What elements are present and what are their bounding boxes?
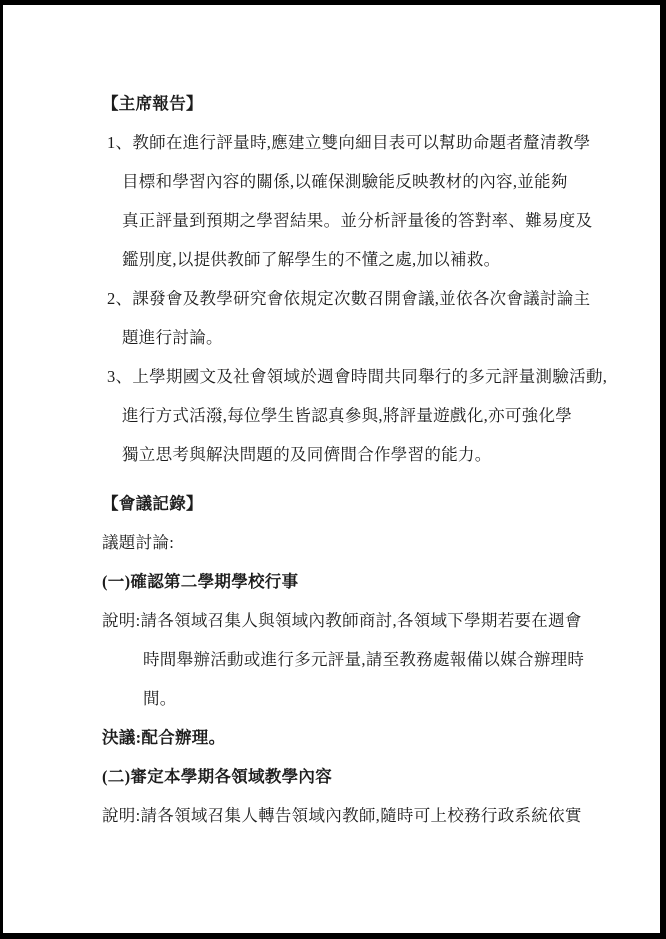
explanation-line: 時間舉辦活動或進行多元評量,請至教務處報備以媒合辦理時: [143, 640, 660, 679]
list-item-line: 題進行討論。: [122, 318, 660, 357]
list-item-line: 真正評量到預期之學習結果。並分析評量後的答對率、難易度及: [122, 201, 660, 240]
list-item-line: 3、上學期國文及社會領域於週會時間共同舉行的多元評量測驗活動,: [107, 357, 660, 396]
explanation-line: 間。: [143, 679, 660, 718]
topic-heading-1: (一)確認第二學期學校行事: [102, 562, 660, 601]
section-heading-minutes: 【會議記錄】: [102, 484, 660, 523]
explanation-line: 說明:請各領域召集人轉告領域內教師,隨時可上校務行政系統依實: [102, 796, 660, 835]
explanation-line: 說明:請各領域召集人與領域內教師商討,各領域下學期若要在週會: [102, 601, 660, 640]
document-paper: 【主席報告】 1、教師在進行評量時,應建立雙向細目表可以幫助命題者釐清教學 目標…: [3, 5, 660, 933]
list-item-line: 獨立思考與解決問題的及同儕間合作學習的能力。: [122, 435, 660, 474]
scanned-page: { "colors": { "scan_frame": "#000000", "…: [0, 0, 666, 939]
list-item-line: 鑑別度,以提供教師了解學生的不懂之處,加以補救。: [122, 240, 660, 279]
topic-discussion-label: 議題討論:: [102, 523, 660, 562]
list-item-line: 目標和學習內容的關係,以確保測驗能反映教材的內容,並能夠: [122, 162, 660, 201]
meeting-minutes-body: 【主席報告】 1、教師在進行評量時,應建立雙向細目表可以幫助命題者釐清教學 目標…: [3, 84, 660, 835]
list-item-line: 1、教師在進行評量時,應建立雙向細目表可以幫助命題者釐清教學: [107, 123, 660, 162]
section-heading-chair-report: 【主席報告】: [102, 84, 660, 123]
list-item-line: 進行方式活潑,每位學生皆認真參與,將評量遊戲化,亦可強化學: [122, 396, 660, 435]
resolution-line: 決議:配合辦理。: [102, 718, 660, 757]
list-item-line: 2、課發會及教學研究會依規定次數召開會議,並依各次會議討論主: [107, 279, 660, 318]
topic-heading-2: (二)審定本學期各領域教學內容: [102, 757, 660, 796]
